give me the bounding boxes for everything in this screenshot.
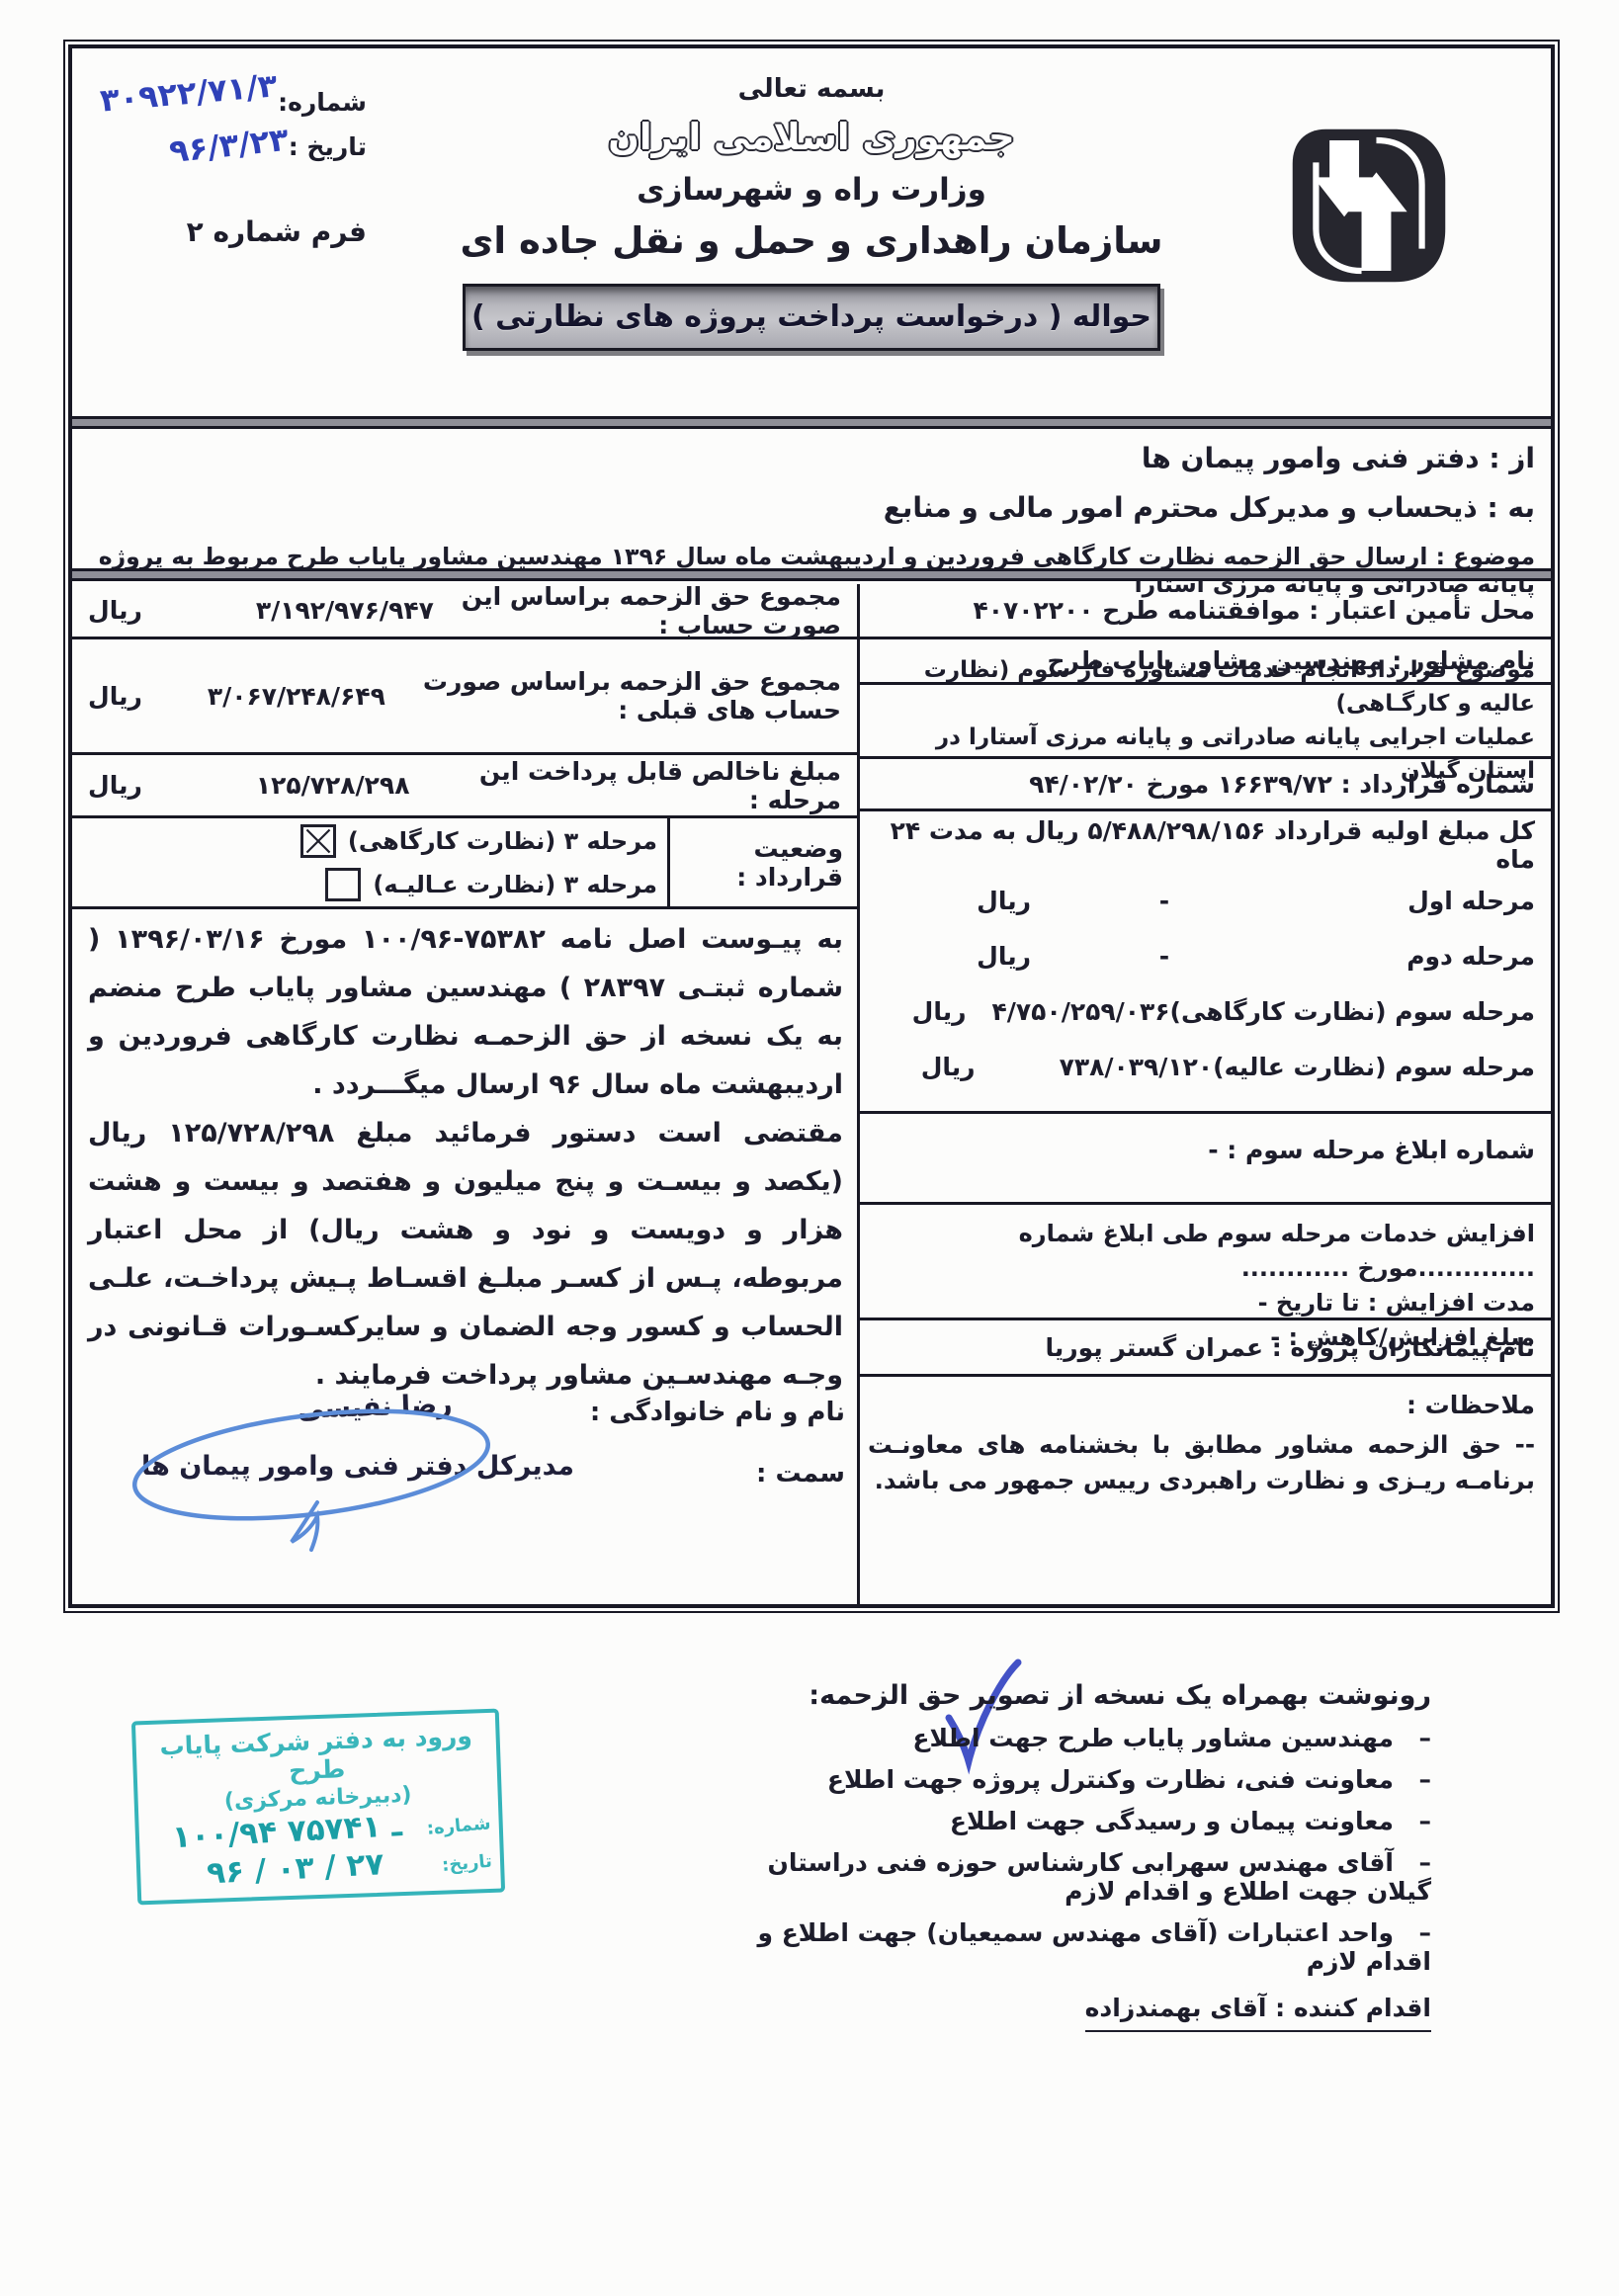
republic-title: جمهوری اسلامی ایران (327, 116, 1296, 158)
ministry-title: وزارت راه و شهرسازی (327, 172, 1296, 208)
service-increase-line1: افزایش خدمات مرحله سوم طی ابلاغ شماره ..… (876, 1217, 1535, 1286)
stamp-date-label: تاریخ: (441, 1850, 492, 1875)
stage3-site-line: مرحله سوم (نظارت کارگاهی) ۴/۷۵۰/۲۵۹/۰۳۶ … (876, 983, 1535, 1039)
cell-current-invoice-total: مجموع حق الزحمه براساس این صورت حساب : ۳… (72, 584, 857, 639)
cc-item-text: معاونت پیمان و رسیدگی جهت اطلاع (950, 1807, 1394, 1835)
stage3-notification-text: شماره ابلاغ مرحله سوم : - (876, 1136, 1535, 1164)
handler-line: اقدام کننده : آقای بهمندزاده (739, 1994, 1431, 2032)
previous-invoices-value: ۳/۰۶۷/۲۴۸/۶۴۹ (208, 682, 385, 711)
stage3-site-label: مرحله سوم (نظارت کارگاهی) (1170, 997, 1535, 1026)
handler-name: اقدام کننده : آقای بهمندزاده (1085, 1994, 1431, 2032)
registry-stamp: ورود به دفتر شرکت پایاب طرح (دبیرخانه مر… (131, 1709, 505, 1906)
letter-to: به : ذیحساب و مدیرکل محترم امور مالی و م… (88, 491, 1535, 524)
cell-stage3-notification: شماره ابلاغ مرحله سوم : - (860, 1114, 1551, 1205)
cell-contract-subject: موضوع قرارداد انجام خدمات مشاوره فاز سوم… (860, 685, 1551, 759)
contract-status-options: مرحله ۳ (نظارت کارگاهی) مرحله ۳ (نظارت ع… (72, 818, 667, 906)
stage1-value: - (1090, 887, 1238, 915)
form-table: محل تأمین اعتبار : موافقتنامه طرح ۴۰۷۰۲۲… (72, 584, 1551, 1604)
cc-item: –واحد اعتبارات (آقای مهندس سمیعیان) جهت … (739, 1918, 1431, 1976)
organization-title: سازمان راهداری و حمل و نقل جاده ای (327, 219, 1296, 262)
cc-list: رونوشت بهمراه یک نسخه از تصویر حق الزحمه… (739, 1680, 1431, 2032)
letter-date-handwritten: ۹۶/۳/۲۳ (167, 121, 290, 170)
signatory-name: رضا نفیسی (298, 1389, 454, 1424)
remarks-body: -- حق الزحمه مشاور مطابق با بخشنامه های … (868, 1427, 1535, 1498)
header-center: بسمه تعالی جمهوری اسلامی ایران وزارت راه… (327, 74, 1296, 351)
previous-invoices-rial: ریال (88, 682, 142, 711)
cell-remarks: ملاحظات : -- حق الزحمه مشاور مطابق با بخ… (860, 1377, 1551, 1604)
contract-subject-line1: موضوع قرارداد انجام خدمات مشاوره فاز سوم… (876, 653, 1535, 721)
stage3-site-rial: ریال (912, 997, 967, 1026)
gross-payable-value: ۱۲۵/۷۲۸/۲۹۸ (256, 771, 410, 800)
cell-funding-source: محل تأمین اعتبار : موافقتنامه طرح ۴۰۷۰۲۲… (860, 584, 1551, 639)
status-option2-label: مرحله ۳ (نظارت عـالیـه) (373, 871, 657, 898)
status-option-site-supervision: مرحله ۳ (نظارت کارگاهی) (300, 819, 657, 863)
cc-item: –مهندسین مشاور پایاب طرح جهت اطلاع (739, 1724, 1431, 1752)
column-contract-info: محل تأمین اعتبار : موافقتنامه طرح ۴۰۷۰۲۲… (857, 584, 1551, 1604)
stamp-line1: ورود به دفتر شرکت پایاب طرح (135, 1721, 497, 1791)
separator-subject (72, 568, 1551, 581)
signatory-title: مدیرکل دفتر فنی وامور پیمان ها (141, 1451, 574, 1482)
signatory-post-label: سمت : (756, 1459, 845, 1488)
cc-item: –معاونت پیمان و رسیدگی جهت اطلاع (739, 1807, 1431, 1835)
dash-bullet-icon: – (1398, 1848, 1431, 1877)
cc-item: –معاونت فنی، نظارت وکنترل پروژه جهت اطلا… (739, 1765, 1431, 1794)
previous-invoices-label: مجموع حق الزحمه براساس صورت حساب های قبل… (385, 667, 841, 724)
gross-payable-rial: ریال (88, 771, 142, 800)
stage1-rial: ریال (977, 887, 1031, 915)
cc-item-text: واحد اعتبارات (آقای مهندس سمیعیان) جهت ا… (757, 1918, 1431, 1976)
checkbox-empty-icon (325, 868, 361, 901)
dash-bullet-icon: – (1398, 1807, 1431, 1835)
bismillah: بسمه تعالی (327, 74, 1296, 104)
funding-source-text: محل تأمین اعتبار : موافقتنامه طرح ۴۰۷۰۲۲… (876, 596, 1535, 625)
cell-service-increase: افزایش خدمات مرحله سوم طی ابلاغ شماره ..… (860, 1205, 1551, 1320)
stage2-line: مرحله دوم - ریال (876, 928, 1535, 983)
stage3-site-value: ۴/۷۵۰/۲۵۹/۰۳۶ (992, 997, 1170, 1026)
stage3-high-rial: ریال (921, 1053, 976, 1081)
cc-item: –آقای مهندس سهرابی کارشناس حوزه فنی دراس… (739, 1848, 1431, 1906)
cell-contract-status: وضعیت قرارداد : مرحله ۳ (نظارت کارگاهی) … (72, 818, 857, 909)
cc-item-text: معاونت فنی، نظارت وکنترل پروژه جهت اطلاع (827, 1765, 1394, 1794)
stage1-label: مرحله اول (1238, 887, 1535, 915)
project-contractors-text: نام پیمانکاران پروژه : عمران گستر پوریا (876, 1333, 1535, 1362)
rmto-logo-icon (1286, 126, 1452, 286)
cell-contract-number: شماره قرارداد : ۱۶۶۳۹/۷۲ مورخ ۹۴/۰۲/۲۰ (860, 759, 1551, 811)
signature-ellipse-icon (124, 1403, 509, 1562)
stamp-number-label: شماره: (426, 1813, 491, 1839)
stage2-value: - (1090, 942, 1238, 971)
letter-from: از : دفتر فنی وامور پیمان ها (88, 442, 1535, 474)
cc-item-text: مهندسین مشاور پایاب طرح جهت اطلاع (912, 1724, 1394, 1752)
cell-previous-invoices-total: مجموع حق الزحمه براساس صورت حساب های قبل… (72, 639, 857, 755)
total-initial-amount-text: کل مبلغ اولیه قرارداد ۵/۴۸۸/۲۹۸/۱۵۶ ریال… (876, 816, 1535, 874)
column-payment-info: مجموع حق الزحمه براساس این صورت حساب : ۳… (72, 584, 857, 1604)
cc-item-text: آقای مهندس سهرابی کارشناس حوزه فنی دراست… (768, 1848, 1431, 1906)
form-title-bar: حواله ( درخواست پرداخت پروژه های نظارتی … (463, 284, 1160, 351)
stage2-rial: ریال (977, 942, 1031, 971)
stage3-high-value: ۷۳۸/۰۳۹/۱۲۰ (1060, 1053, 1214, 1081)
separator-header (72, 416, 1551, 429)
contract-status-label: وضعیت قرارداد : (667, 818, 857, 906)
cc-title: رونوشت بهمراه یک نسخه از تصویر حق الزحمه… (739, 1680, 1431, 1711)
dash-bullet-icon: – (1398, 1724, 1431, 1752)
stage3-high-label: مرحله سوم (نظارت عالیه) (1213, 1053, 1535, 1081)
service-increase-line2: مدت افزایش : تا تاریخ - (876, 1286, 1535, 1320)
cell-project-contractors: نام پیمانکاران پروژه : عمران گستر پوریا (860, 1320, 1551, 1377)
cell-contract-amounts: کل مبلغ اولیه قرارداد ۵/۴۸۸/۲۹۸/۱۵۶ ریال… (860, 811, 1551, 1114)
current-invoice-value: ۳/۱۹۲/۹۷۶/۹۴۷ (256, 596, 434, 625)
scanned-payment-request-form: شماره: ۳۰۹۲۲/۷۱/۳ تاریخ : ۹۶/۳/۲۳ فرم شم… (0, 0, 1619, 2296)
current-invoice-label: مجموع حق الزحمه براساس این صورت حساب : (434, 582, 841, 639)
stage3-high-line: مرحله سوم (نظارت عالیه) ۷۳۸/۰۳۹/۱۲۰ ریال (876, 1039, 1535, 1094)
letter-number-handwritten: ۳۰۹۲۲/۷۱/۳ (99, 66, 279, 120)
form-frame: شماره: ۳۰۹۲۲/۷۱/۳ تاریخ : ۹۶/۳/۲۳ فرم شم… (63, 40, 1560, 1613)
current-invoice-rial: ریال (88, 596, 142, 625)
stage1-line: مرحله اول - ریال (876, 873, 1535, 928)
signatory-name-label: نام و نام خانوادگی : (590, 1398, 845, 1427)
status-option1-label: مرحله ۳ (نظارت کارگاهی) (348, 827, 657, 855)
checkbox-checked-icon (300, 824, 336, 858)
cell-gross-payable: مبلغ ناخالص قابل پرداخت این مرحله : ۱۲۵/… (72, 755, 857, 818)
remarks-title: ملاحظات : (876, 1391, 1535, 1419)
stage2-label: مرحله دوم (1238, 942, 1535, 971)
status-option-high-supervision: مرحله ۳ (نظارت عـالیـه) (325, 863, 657, 906)
dash-bullet-icon: – (1398, 1918, 1431, 1947)
form-frame-inner: شماره: ۳۰۹۲۲/۷۱/۳ تاریخ : ۹۶/۳/۲۳ فرم شم… (68, 44, 1555, 1608)
contract-number-text: شماره قرارداد : ۱۶۶۳۹/۷۲ مورخ ۹۴/۰۲/۲۰ (876, 770, 1535, 799)
gross-payable-label: مبلغ ناخالص قابل پرداخت این مرحله : (409, 757, 841, 814)
cell-request-text: به پیـوست اصل نامه ۷۵۳۸۲-۱۰۰/۹۶ مورخ ۱۳۹… (72, 909, 857, 1604)
request-paragraph-1: به پیـوست اصل نامه ۷۵۳۸۲-۱۰۰/۹۶ مورخ ۱۳۹… (88, 915, 843, 1109)
dash-bullet-icon: – (1398, 1765, 1431, 1794)
request-paragraph-2: مقتضی است دستور فرمائید مبلغ ۱۲۵/۷۲۸/۲۹۸… (88, 1109, 843, 1400)
total-initial-amount: کل مبلغ اولیه قرارداد ۵/۴۸۸/۲۹۸/۱۵۶ ریال… (876, 817, 1535, 873)
